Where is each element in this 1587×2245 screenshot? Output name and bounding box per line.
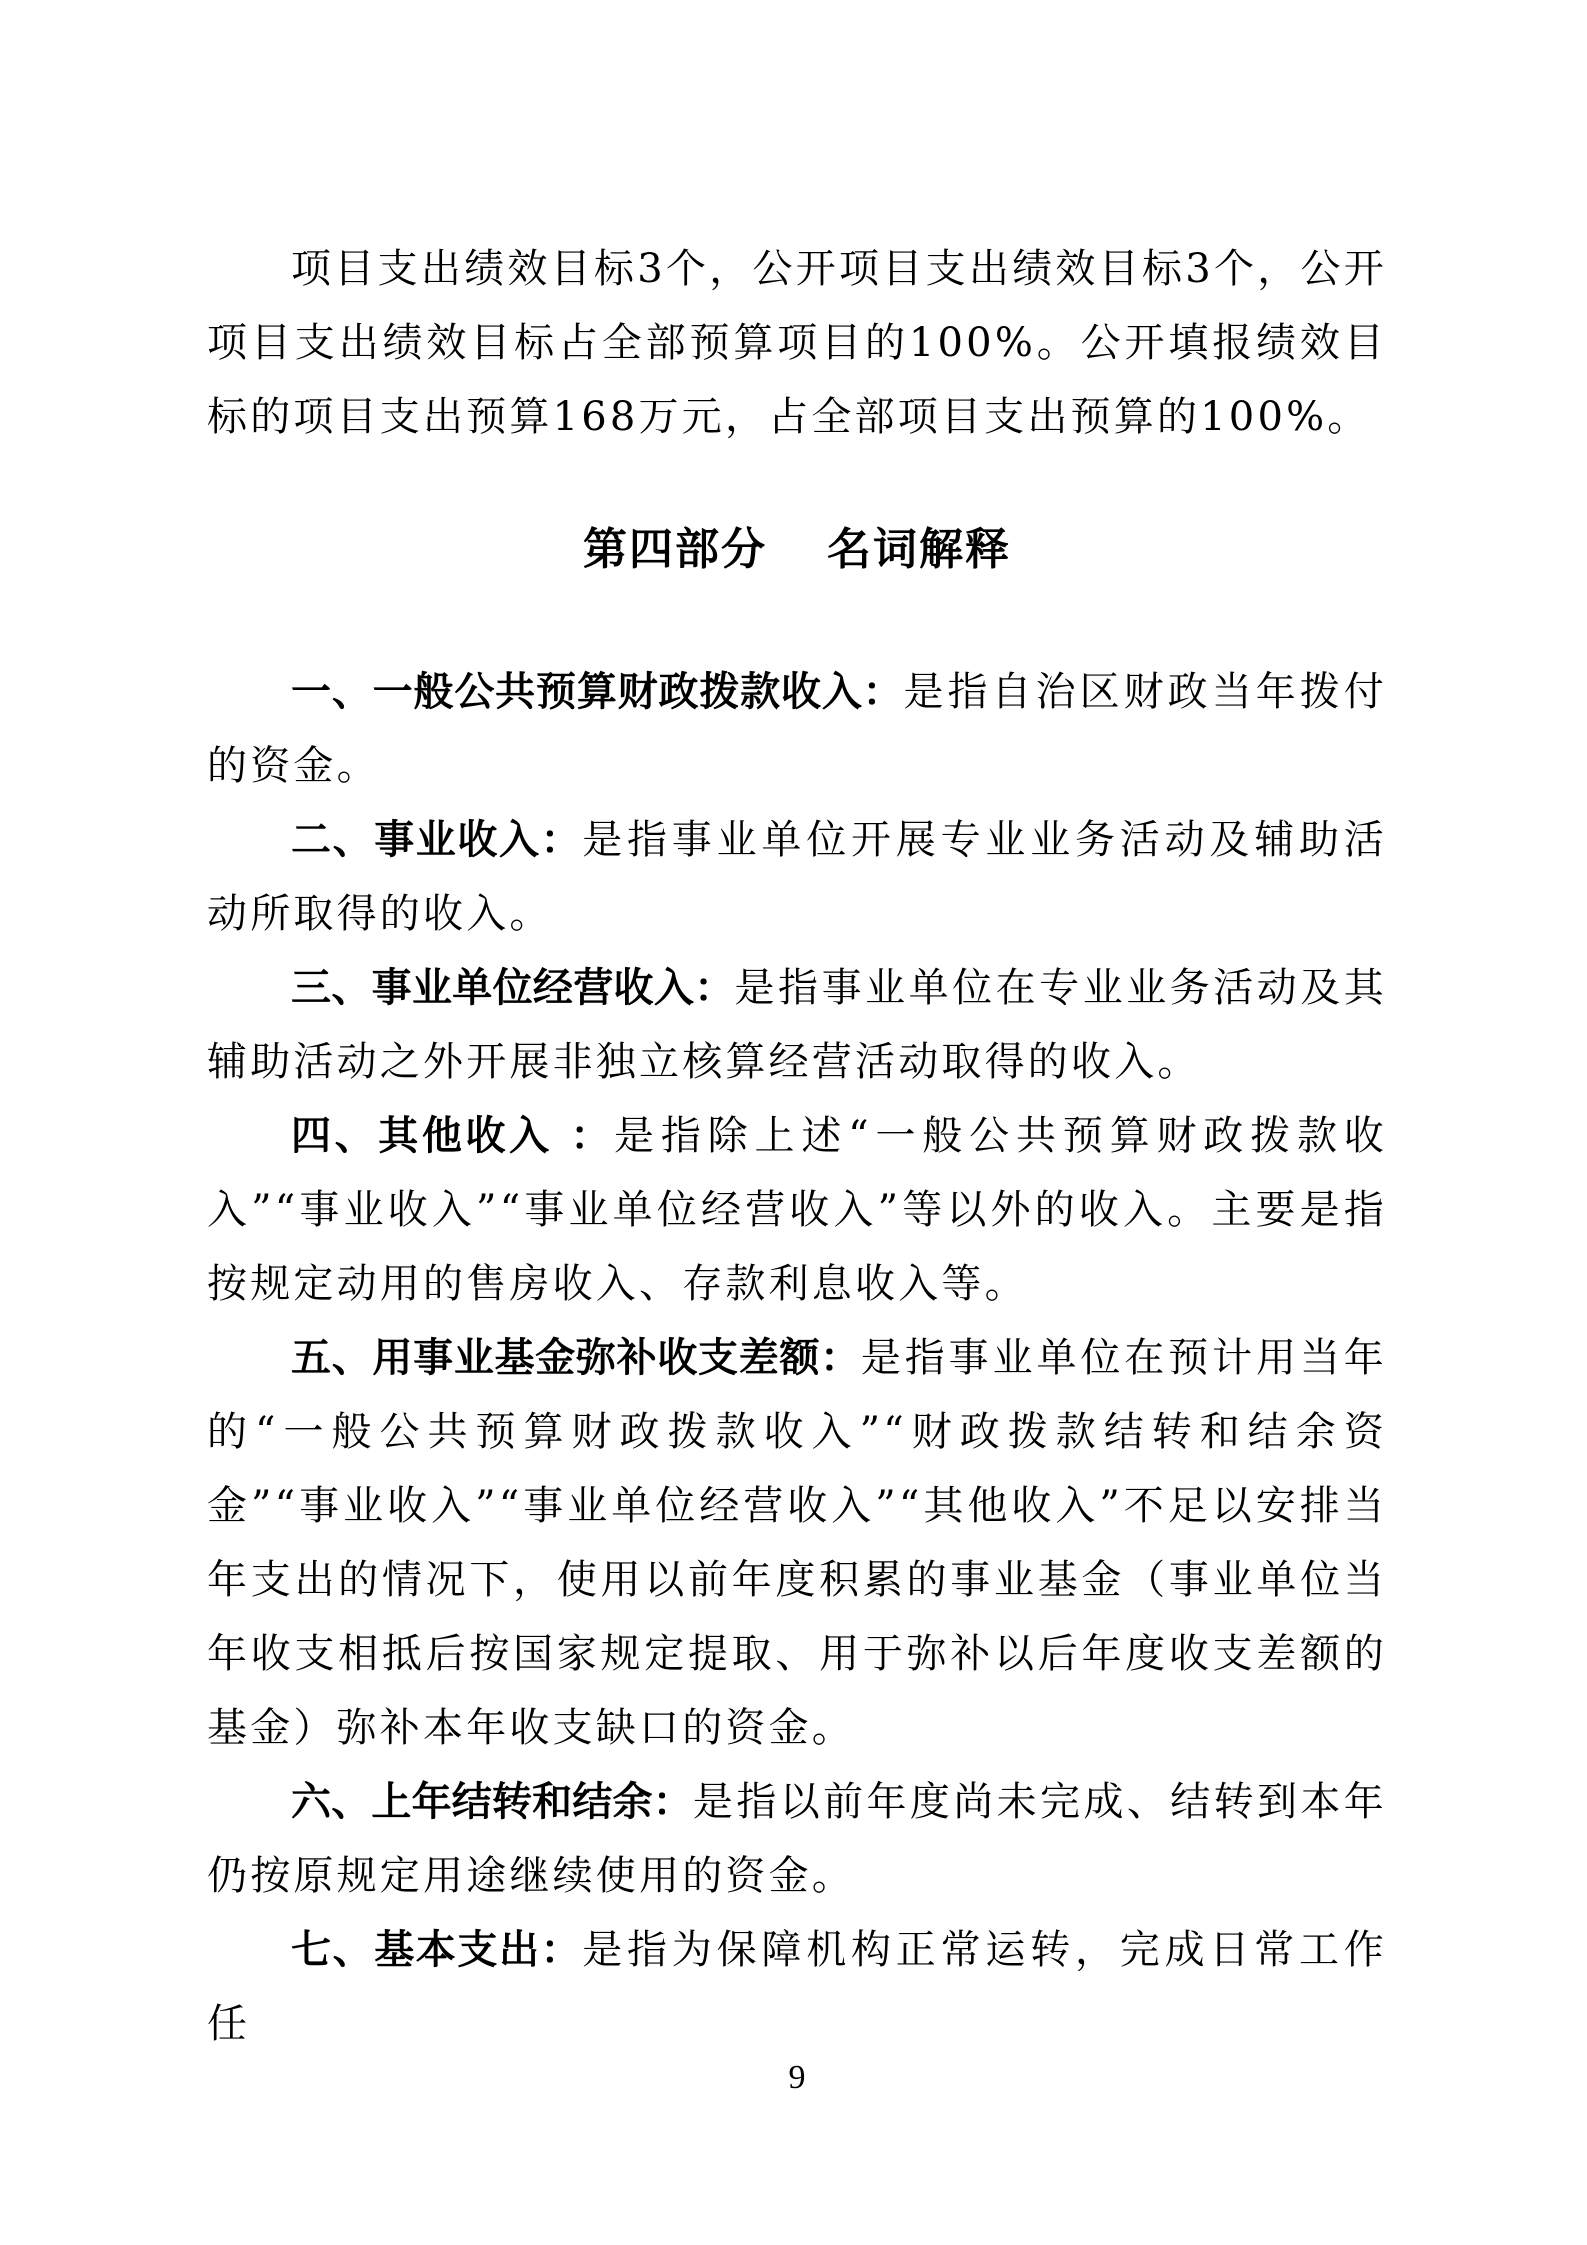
definition-3: 三、事业单位经营收入：是指事业单位在专业业务活动及其辅助活动之外开展非独立核算经…	[207, 951, 1387, 1099]
definition-1: 一、一般公共预算财政拨款收入：是指自治区财政当年拨付的资金。	[207, 655, 1387, 803]
definition-2: 二、事业收入：是指事业单位开展专业业务活动及辅助活动所取得的收入。	[207, 803, 1387, 951]
definition-text: 是指事业单位在预计用当年的“一般公共预算财政拨款收入”“财政拨款结转和结余资金”…	[207, 1335, 1387, 1751]
definition-7: 七、基本支出：是指为保障机构正常运转，完成日常工作任	[207, 1913, 1387, 2061]
definition-term: 五、用事业基金弥补收支差额：	[291, 1335, 861, 1381]
section-title-part: 第四部分	[583, 524, 767, 575]
section-title-name: 名词解释	[827, 524, 1011, 575]
definition-4: 四、其他收入 ：是指除上述“一般公共预算财政拨款收入”“事业收入”“事业单位经营…	[207, 1099, 1387, 1321]
section-title: 第四部分名词解释	[207, 520, 1387, 580]
definition-term: 四、其他收入 ：	[291, 1113, 614, 1159]
definition-term: 二、事业收入：	[291, 817, 582, 863]
definition-term: 七、基本支出：	[291, 1927, 582, 1973]
intro-paragraph: 项目支出绩效目标3个，公开项目支出绩效目标3个，公开项目支出绩效目标占全部预算项…	[207, 232, 1387, 454]
page-number: 9	[207, 2058, 1387, 2098]
definition-term: 一、一般公共预算财政拨款收入：	[291, 669, 903, 715]
definition-6: 六、上年结转和结余：是指以前年度尚未完成、结转到本年仍按原规定用途继续使用的资金…	[207, 1765, 1387, 1913]
definition-5: 五、用事业基金弥补收支差额：是指事业单位在预计用当年的“一般公共预算财政拨款收入…	[207, 1321, 1387, 1765]
definition-term: 三、事业单位经营收入：	[291, 965, 735, 1011]
definition-term: 六、上年结转和结余：	[291, 1779, 693, 1825]
intro-paragraph-text: 项目支出绩效目标3个，公开项目支出绩效目标3个，公开项目支出绩效目标占全部预算项…	[207, 246, 1387, 440]
